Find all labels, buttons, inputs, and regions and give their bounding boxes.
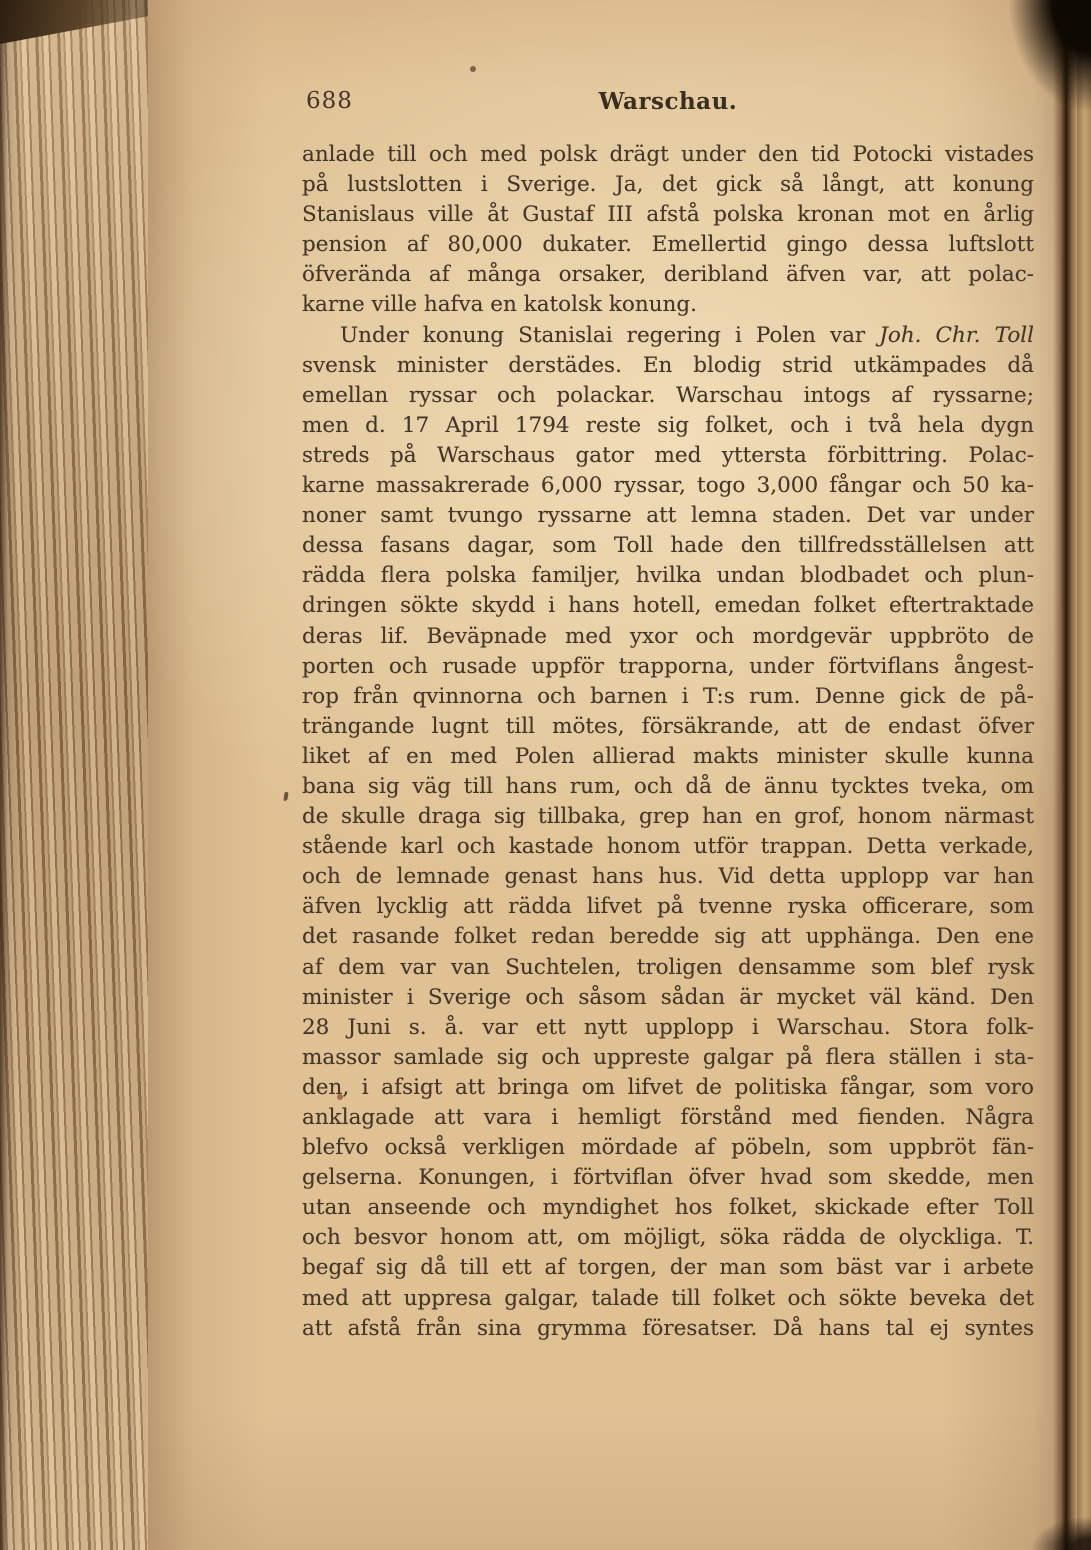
text-line: och de lemnade genast hans hus. Vid dett… <box>302 862 1034 892</box>
text-line: begaf sig då till ett af torgen, der man… <box>302 1253 1034 1283</box>
text-line: men d. 17 April 1794 reste sig folket, o… <box>302 411 1034 441</box>
paper-speck <box>337 1094 343 1100</box>
text-line: den, i afsigt att bringa om lifvet de po… <box>302 1073 1034 1103</box>
gutter-shadow-bottom <box>1021 1510 1091 1550</box>
text-line: äfven lycklig att rädda lifvet på tvenne… <box>302 892 1034 922</box>
text-line: utan anseende och myndighet hos folket, … <box>302 1193 1034 1223</box>
text-line: med att uppresa galgar, talade till folk… <box>302 1284 1034 1314</box>
gutter-shadow-top <box>1001 0 1091 150</box>
text-line: det rasande folket redan beredde sig att… <box>302 922 1034 952</box>
running-title: Warschau. <box>302 88 1034 115</box>
text-line: bana sig väg till hans rum, och då de än… <box>302 772 1034 802</box>
book-page-edges <box>0 0 158 1550</box>
text-line: att afstå från sina grymma föresatser. D… <box>302 1314 1034 1344</box>
text-line: blefvo också verkligen mördade af pöbeln… <box>302 1133 1034 1163</box>
text-line: trängande lugnt till mötes, försäkrande,… <box>302 712 1034 742</box>
text-line: 28 Juni s. å. var ett nytt upplopp i War… <box>302 1013 1034 1043</box>
text-line: af dem var van Suchtelen, troligen densa… <box>302 953 1034 983</box>
text-line: svensk minister derstädes. En blodig str… <box>302 351 1034 381</box>
text-line: gelserna. Konungen, i förtviflan öfver h… <box>302 1163 1034 1193</box>
text-line: liket af en med Polen allierad makts min… <box>302 742 1034 772</box>
text-line: massor samlade sig och uppreste galgar p… <box>302 1043 1034 1073</box>
text-line: Stanislaus ville åt Gustaf III afstå pol… <box>302 200 1034 230</box>
book-page: 688 Warschau. anlade till och med polsk … <box>148 0 1060 1550</box>
text-line: rädda flera polska familjer, hvilka unda… <box>302 561 1034 591</box>
gutter-crease <box>1053 0 1077 1550</box>
text-line: deras lif. Beväpnade med yxor och mordge… <box>302 622 1034 652</box>
text-line: på lustslotten i Sverige. Ja, det gick s… <box>302 170 1034 200</box>
text-line: anklagade att vara i hemligt förstånd me… <box>302 1103 1034 1133</box>
text-line: Under konung Stanislai regering i Polen … <box>302 321 1034 351</box>
text-line: karne ville hafva en katolsk konung. <box>302 290 1034 320</box>
text-line: pension af 80,000 dukater. Emellertid gi… <box>302 230 1034 260</box>
text-line: streds på Warschaus gator med yttersta f… <box>302 441 1034 471</box>
text-line: rop från qvinnorna och barnen i T:s rum.… <box>302 682 1034 712</box>
facing-page-edge <box>1077 0 1091 1550</box>
text-line: anlade till och med polsk drägt under de… <box>302 140 1034 170</box>
text-line: och besvor honom att, om möjligt, söka r… <box>302 1223 1034 1253</box>
text-line: dringen sökte skydd i hans hotell, emeda… <box>302 591 1034 621</box>
page-header: 688 Warschau. <box>302 88 1034 118</box>
book-scan: 688 Warschau. anlade till och med polsk … <box>0 0 1091 1550</box>
paper-speck <box>470 66 476 72</box>
text-line: emellan ryssar och polackar. Warschau in… <box>302 381 1034 411</box>
text-line: porten och rusade uppför trapporna, unde… <box>302 652 1034 682</box>
text-line: noner samt tvungo ryssarne att lemna sta… <box>302 501 1034 531</box>
text-line: stående karl och kastade honom utför tra… <box>302 832 1034 862</box>
text-line: öfverända af många orsaker, deribland äf… <box>302 260 1034 290</box>
text-line: dessa fasans dagar, som Toll hade den ti… <box>302 531 1034 561</box>
text-line: de skulle draga sig tillbaka, grep han e… <box>302 802 1034 832</box>
page-text: anlade till och med polsk drägt under de… <box>302 140 1034 1344</box>
printed-content: 688 Warschau. anlade till och med polsk … <box>302 88 1034 1344</box>
text-line: minister i Sverige och såsom sådan är my… <box>302 983 1034 1013</box>
text-line: karne massakrerade 6,000 ryssar, togo 3,… <box>302 471 1034 501</box>
